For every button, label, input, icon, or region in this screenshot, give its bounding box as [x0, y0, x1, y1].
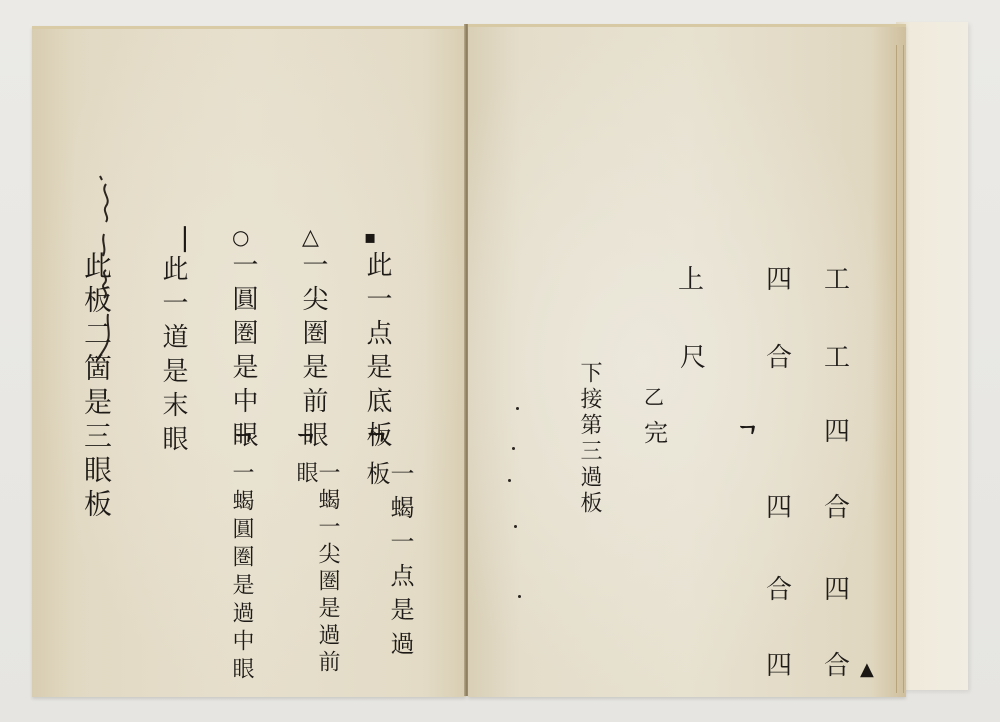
notation-shang: 上 [678, 267, 704, 293]
notation-chi: 尺 [680, 345, 706, 371]
instruction-next-pass-board: 下接第三過板 [578, 361, 600, 517]
notation-si-1: 四 [824, 419, 850, 445]
manuscript-spread: ▪ 此一点是底板 △ 一尖圏是前眼 ○ 一圓圏是中眼 ❘ 此一道是末眼 此板二箇… [32, 24, 906, 696]
hook-circle-mark-icon: ᄀ [232, 433, 255, 457]
notation-si-2: 四 [824, 577, 850, 603]
notation-si-4: 四 [766, 495, 792, 521]
column-pass-board: 一蝎一点是過板 [364, 461, 412, 697]
column-pass-front-eye: 一蝎一尖圏是過前眼 [294, 461, 338, 697]
notation-si-3: 四 [766, 267, 792, 293]
column-three-eye-board: 此板二箇是三眼板 [82, 251, 110, 523]
column-front-eye: 一尖圏是前眼 [300, 251, 326, 455]
backing-sheet [896, 22, 968, 690]
column-middle-eye: 一圓圏是中眼 [230, 251, 256, 455]
dot-mark-icon: ▪ [364, 229, 376, 247]
notation-gong-2: 工 [824, 345, 850, 371]
page-edge-lines [896, 45, 904, 693]
notation-he-2: 合 [824, 653, 850, 679]
circle-mark-icon: ○ [232, 227, 249, 247]
notation-he-3: 合 [766, 345, 792, 371]
column-pass-middle-eye: 一蝎圓圏是過中眼 [230, 461, 252, 685]
triangle-mark-icon: △ [302, 227, 319, 249]
ink-speck [514, 525, 517, 528]
ink-speck [518, 595, 521, 598]
hook-triangle-mark-icon: ᄀ [294, 433, 317, 457]
column-bottom-board: 此一点是底板 [364, 251, 390, 455]
left-page: ▪ 此一点是底板 △ 一尖圏是前眼 ○ 一圓圏是中眼 ❘ 此一道是末眼 此板二箇… [32, 26, 466, 697]
right-page: 工 工 四 合 四 合 ▲ 四 合 ᄀ 四 合 四 上 尺 乙 完 下接第三過板 [468, 24, 906, 697]
line-mark-icon: ❘ [174, 225, 196, 251]
ink-speck [508, 479, 511, 482]
notation-gong-1: 工 [824, 267, 850, 293]
notation-he-1: 合 [824, 495, 850, 521]
hook-mark-icon: ᄀ [736, 425, 759, 449]
notation-si-5: 四 [766, 653, 792, 679]
notation-wan: 完 [644, 421, 668, 445]
column-end-eye: 此一道是末眼 [160, 255, 186, 459]
notation-yi: 乙 [644, 387, 664, 407]
notation-he-4: 合 [766, 577, 792, 603]
hook-mark-icon: ᄀ [364, 433, 389, 459]
ink-speck [516, 407, 519, 410]
ink-speck [512, 447, 515, 450]
page-background: ▪ 此一点是底板 △ 一尖圏是前眼 ○ 一圓圏是中眼 ❘ 此一道是末眼 此板二箇… [0, 0, 1000, 722]
drop-mark-icon: ▲ [860, 661, 874, 679]
